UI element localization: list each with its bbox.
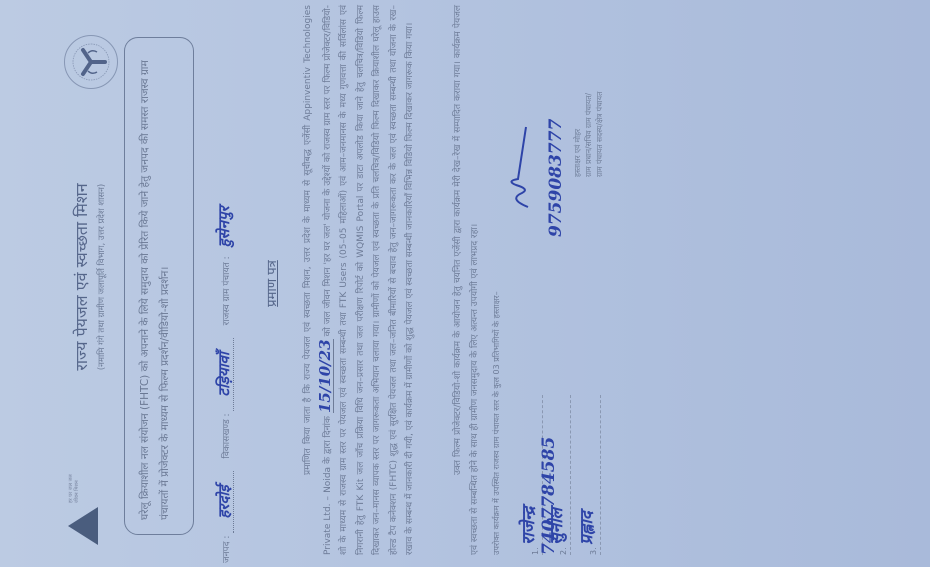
- body-part2: को जल जीवन मिशन 'हर घर जल' योजना के उद्द…: [323, 5, 416, 555]
- signatory-2: 2. सुनील: [548, 395, 571, 555]
- officer-caption-line1: हस्ताक्षर एवं मोहर: [572, 37, 583, 177]
- signatory-2-value: सुनील: [547, 508, 567, 545]
- signatory-3-num: 3.: [589, 547, 598, 555]
- department-subtitle: (नमामि गंगे तथा ग्रामीण जलापूर्ति विभाग,…: [96, 87, 107, 467]
- program-date: 15/10/23: [317, 339, 335, 413]
- certificate-page: हर घर जल जल जीवन मिशन राज्य पेयजल एवं स्…: [0, 0, 930, 567]
- location-line: जनपद : हरदोई विकासखण्ड : टड़ियावाँ राजस्…: [214, 200, 234, 563]
- panchayat-value: हुसेनपुर: [215, 200, 233, 253]
- district-label: जनपद :: [222, 536, 232, 563]
- seal-emblem-icon: [71, 42, 111, 82]
- signatory-3: 3. प्रह्लाद: [578, 395, 601, 555]
- signatory-3-value: प्रह्लाद: [577, 511, 597, 545]
- certificate-paragraph-2: उक्त फिल्म प्रोजेक्टर/विडियो-शो कार्यक्र…: [450, 5, 483, 555]
- officer-signature-block: 9759083777 हस्ताक्षर एवं मोहर ग्राम प्रध…: [498, 37, 605, 237]
- signatory-2-num: 2.: [559, 547, 568, 555]
- district-value: हरदोई: [215, 471, 234, 532]
- block-label: विकासखण्ड :: [222, 413, 232, 458]
- block-value: टड़ियावाँ: [215, 338, 234, 410]
- certificate-title: प्रमाण पत्र: [262, 0, 280, 567]
- signatories-intro: उपरोक्त कार्यक्रम में उपस्थित राजस्व ग्र…: [490, 255, 503, 555]
- panchayat-label: राजस्व ग्राम पंचायत :: [222, 256, 232, 325]
- officer-caption-line2: ग्राम प्रधान/सचिव ग्राम पंचायत/: [583, 37, 594, 177]
- mission-title: राज्य पेयजल एवं स्वच्छता मिशन: [70, 87, 92, 467]
- officer-phone: 9759083777: [546, 37, 566, 237]
- left-logo-caption: हर घर जल जल जीवन मिशन: [68, 473, 80, 503]
- program-banner: घरेलू क्रियाशील नल संयोजन (FHTC) को अपना…: [124, 37, 194, 535]
- water-drop-logo-icon: [68, 507, 98, 545]
- certificate-body: प्रमाणित किया जाता है कि राज्य पेयजल एवं…: [300, 5, 419, 555]
- signatory-1: 1. राजेन्द्र 7407784585: [520, 395, 543, 555]
- swsm-seal-logo: [64, 35, 118, 89]
- officer-signature-icon: [498, 117, 538, 237]
- officer-caption: हस्ताक्षर एवं मोहर ग्राम प्रधान/सचिव ग्र…: [572, 37, 605, 237]
- officer-caption-line3: ग्राम पंचायत सदस्य/क्षेत्र पंचायत: [594, 37, 605, 177]
- har-ghar-jal-logo: हर घर जल जल जीवन मिशन: [68, 507, 102, 545]
